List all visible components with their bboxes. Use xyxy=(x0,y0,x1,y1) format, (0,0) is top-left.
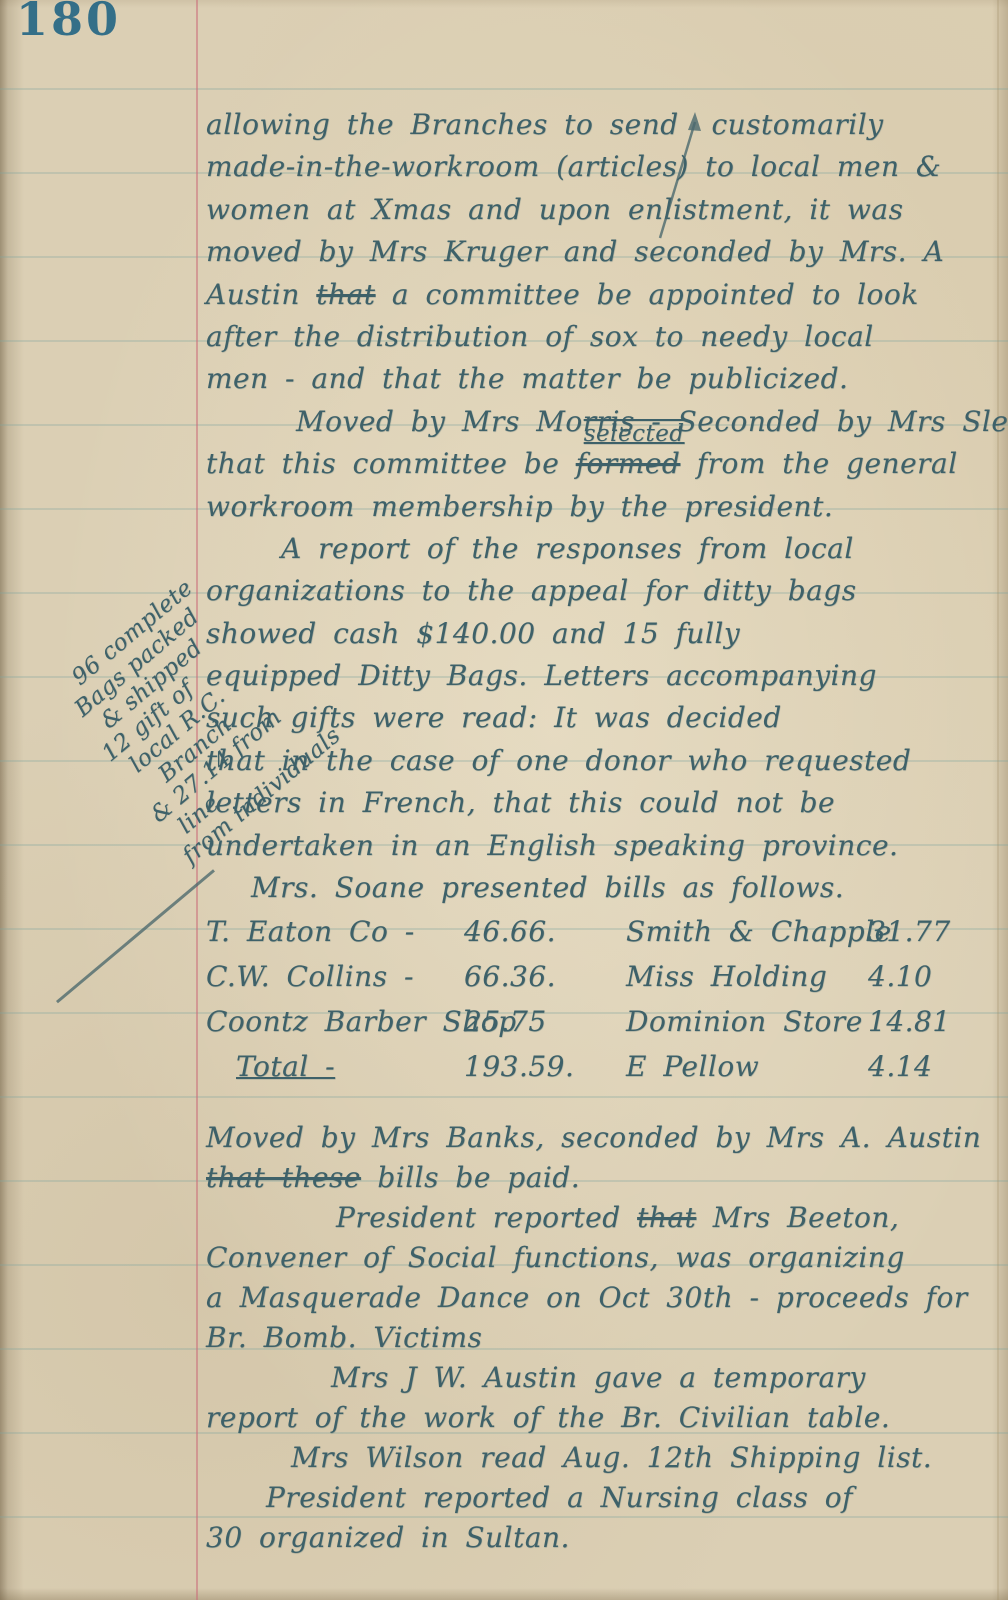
handwritten-line: Br. Bomb. Victims xyxy=(206,1317,1003,1357)
edited-word: formedselected xyxy=(576,443,681,485)
handwritten-line: report of the work of the Br. Civilian t… xyxy=(206,1397,1003,1437)
bill-amount: 46.66. xyxy=(464,915,556,948)
handwritten-line: Mrs Wilson read Aug. 12th Shipping list. xyxy=(206,1437,1003,1477)
line-text: a committee be appointed to look xyxy=(392,278,919,311)
margin-note-underline xyxy=(56,869,215,1003)
bill-amount: 4.14 xyxy=(868,1050,932,1083)
handwritten-line: Convener of Social functions, was organi… xyxy=(206,1237,1003,1277)
bill-row: Smith & Chapple31.77 xyxy=(626,911,951,956)
total-amount: 193.59. xyxy=(464,1050,574,1083)
handwritten-line: moved by Mrs Kruger and seconded by Mrs.… xyxy=(206,231,1003,273)
handwritten-line: that in the case of one donor who reques… xyxy=(206,740,1003,782)
handwritten-line: made-in-the-workroom (articles) to local… xyxy=(206,146,1003,188)
bill-name: Dominion Store xyxy=(626,1001,868,1043)
handwritten-line: President reported that Mrs Beeton, xyxy=(206,1197,1003,1237)
handwritten-line: 30 organized in Sultan. xyxy=(206,1517,1003,1557)
bill-amount: 14.81 xyxy=(868,1005,951,1038)
handwritten-line: a Masquerade Dance on Oct 30th - proceed… xyxy=(206,1277,1003,1317)
handwritten-line: organizations to the appeal for ditty ba… xyxy=(206,570,1003,612)
line-text: Austin xyxy=(206,278,300,311)
second-section: Moved by Mrs Banks, seconded by Mrs A. A… xyxy=(206,1117,1003,1557)
inserted-word: customarily xyxy=(711,108,883,141)
bill-amount: 25.75 xyxy=(464,1005,547,1038)
bill-amount: 66.36. xyxy=(464,960,556,993)
handwritten-body: allowing the Branches to send customaril… xyxy=(206,104,1003,1557)
handwritten-line: letters in French, that this could not b… xyxy=(206,782,1003,824)
bills-total-row: Total -193.59. xyxy=(206,1046,626,1091)
handwritten-line: President reported a Nursing class of xyxy=(206,1477,1003,1517)
bill-row: Miss Holding4.10 xyxy=(626,956,951,1001)
bills-table: T. Eaton Co -46.66. C.W. Collins -66.36.… xyxy=(206,911,1003,1091)
bills-right-column: Smith & Chapple31.77 Miss Holding4.10 Do… xyxy=(626,911,951,1091)
line-text: bills be paid. xyxy=(377,1161,580,1194)
line-text: that this committee be xyxy=(206,447,559,480)
bill-row: C.W. Collins -66.36. xyxy=(206,956,626,1001)
handwritten-line: workroom membership by the president. xyxy=(206,486,1003,528)
bill-name: Smith & Chapple xyxy=(626,911,868,953)
handwritten-line: that these bills be paid. xyxy=(206,1157,1003,1197)
handwritten-line: that this committee be formedselected fr… xyxy=(206,443,1003,485)
line-text: allowing the Branches to send xyxy=(206,108,679,141)
minute-book-page: 180 96 complete Bags packed & shipped 12… xyxy=(0,0,1008,1600)
bill-row: E Pellow4.14 xyxy=(626,1046,951,1091)
bill-name: E Pellow xyxy=(626,1046,868,1088)
bill-name: T. Eaton Co - xyxy=(206,911,464,953)
handwritten-line: equipped Ditty Bags. Letters accompanyin… xyxy=(206,655,1003,697)
handwritten-line: undertaken in an English speaking provin… xyxy=(206,825,1003,867)
bills-left-column: T. Eaton Co -46.66. C.W. Collins -66.36.… xyxy=(206,911,626,1091)
bill-row: T. Eaton Co -46.66. xyxy=(206,911,626,956)
total-label: Total - xyxy=(236,1046,464,1088)
bill-name: C.W. Collins - xyxy=(206,956,464,998)
handwritten-line: A report of the responses from local xyxy=(206,528,1003,570)
handwritten-line: such gifts were read: It was decided xyxy=(206,697,1003,739)
inserted-word: selected xyxy=(584,413,685,455)
bill-amount: 31.77 xyxy=(868,915,951,948)
line-text: from the general xyxy=(697,447,958,480)
line-text: Mrs Beeton, xyxy=(713,1201,900,1234)
struck-words: that these xyxy=(206,1161,361,1194)
handwritten-line: showed cash $140.00 and 15 fully xyxy=(206,613,1003,655)
handwritten-line: after the distribution of sox to needy l… xyxy=(206,316,1003,358)
struck-word: that xyxy=(637,1201,696,1234)
line-text: President reported xyxy=(336,1201,621,1234)
bill-name: Coontz Barber Shop xyxy=(206,1001,464,1043)
bill-amount: 4.10 xyxy=(868,960,932,993)
bill-name: Miss Holding xyxy=(626,956,868,998)
struck-word: that xyxy=(316,278,375,311)
handwritten-line: Moved by Mrs Banks, seconded by Mrs A. A… xyxy=(206,1117,1003,1157)
page-number-stamp: 180 xyxy=(16,0,121,46)
handwritten-line: allowing the Branches to send customaril… xyxy=(206,104,1003,146)
handwritten-line: women at Xmas and upon enlistment, it wa… xyxy=(206,189,1003,231)
handwritten-line: Mrs J W. Austin gave a temporary xyxy=(206,1357,1003,1397)
handwritten-line: men - and that the matter be publicized. xyxy=(206,358,1003,400)
bill-row: Coontz Barber Shop25.75 xyxy=(206,1001,626,1046)
bill-row: Dominion Store14.81 xyxy=(626,1001,951,1046)
handwritten-line: Austin that a committee be appointed to … xyxy=(206,274,1003,316)
handwritten-line: Mrs. Soane presented bills as follows. xyxy=(206,867,1003,909)
